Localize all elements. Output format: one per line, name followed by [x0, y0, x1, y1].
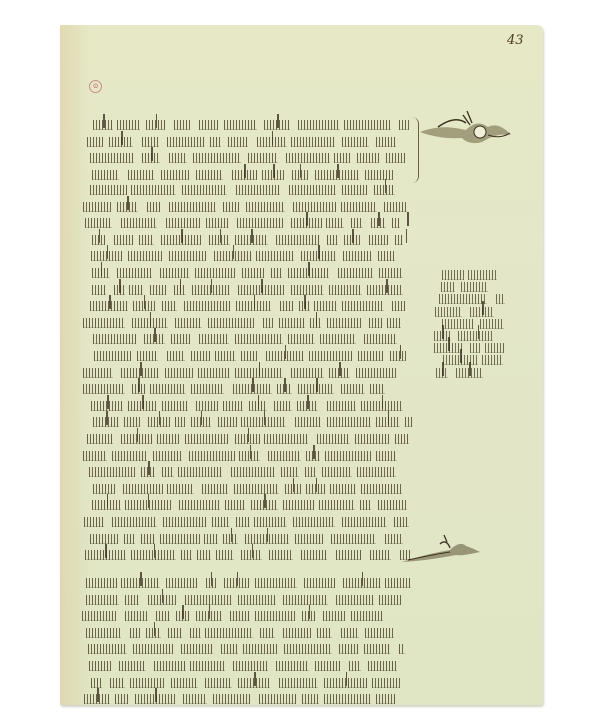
collection-stamp: ⊙ [89, 80, 102, 93]
flying-bird-sketch-icon [418, 105, 513, 155]
handwritten-line [434, 331, 494, 340]
handwritten-line [86, 578, 411, 587]
handwritten-line [84, 694, 395, 703]
handwritten-line [91, 401, 407, 410]
handwritten-line [83, 202, 410, 211]
handwritten-line [93, 120, 409, 129]
gliding-bird-sketch-icon [400, 530, 485, 570]
handwritten-line [83, 384, 397, 393]
handwritten-line [85, 550, 412, 559]
handwritten-line [92, 170, 404, 179]
handwritten-line [443, 355, 503, 364]
handwritten-line [434, 343, 504, 352]
handwritten-line [83, 318, 412, 327]
handwritten-line [92, 285, 403, 294]
handwritten-line [92, 268, 403, 277]
handwritten-line [436, 368, 494, 377]
handwritten-line [84, 517, 409, 526]
page-number: 43 [507, 33, 524, 48]
handwritten-line [91, 678, 399, 687]
handwritten-line [88, 644, 405, 653]
handwritten-line [83, 368, 396, 377]
handwritten-line [91, 251, 403, 260]
handwritten-line [86, 628, 394, 637]
handwritten-line [441, 282, 488, 291]
handwritten-line [435, 307, 497, 316]
handwritten-line [85, 218, 400, 227]
handwritten-line [93, 484, 402, 493]
handwritten-line [86, 595, 412, 604]
handwritten-line [442, 270, 497, 279]
handwritten-line [92, 500, 406, 509]
handwritten-line [90, 301, 405, 310]
handwritten-line [92, 235, 403, 244]
handwritten-line [87, 137, 407, 146]
handwritten-line [442, 319, 505, 328]
handwritten-line [89, 661, 408, 670]
handwritten-line [90, 534, 410, 543]
handwritten-line [93, 334, 405, 343]
handwritten-line [439, 294, 505, 303]
handwritten-line [93, 417, 411, 426]
handwritten-line [87, 434, 411, 443]
handwritten-line [94, 351, 406, 360]
manuscript-page: 43 ⊙ [60, 25, 543, 705]
handwritten-line [89, 467, 396, 476]
handwritten-line [90, 153, 405, 162]
handwritten-line [90, 185, 396, 194]
handwritten-line [83, 451, 406, 460]
handwritten-line [82, 611, 395, 620]
